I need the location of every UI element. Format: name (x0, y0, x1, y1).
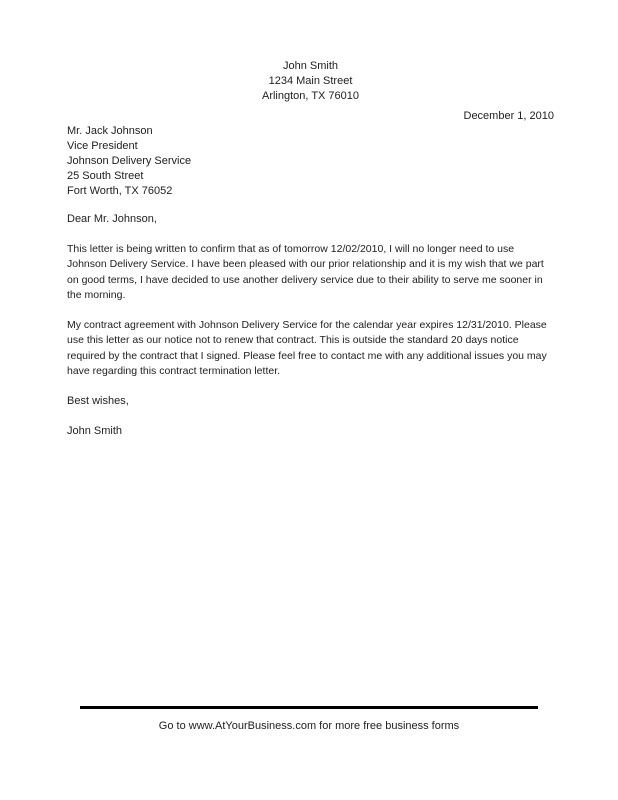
signature-name: John Smith (67, 424, 554, 439)
sender-street: 1234 Main Street (67, 74, 554, 89)
body-paragraph-2: My contract agreement with Johnson Deliv… (67, 318, 554, 379)
letter-date: December 1, 2010 (67, 109, 554, 124)
letter-page: John Smith 1234 Main Street Arlington, T… (0, 0, 618, 800)
letter-content: John Smith 1234 Main Street Arlington, T… (0, 0, 618, 439)
recipient-street: 25 South Street (67, 169, 554, 184)
salutation: Dear Mr. Johnson, (67, 212, 554, 227)
sender-block: John Smith 1234 Main Street Arlington, T… (67, 59, 554, 104)
sender-city-state-zip: Arlington, TX 76010 (67, 89, 554, 104)
closing: Best wishes, (67, 394, 554, 409)
recipient-company: Johnson Delivery Service (67, 154, 554, 169)
sender-name: John Smith (67, 59, 554, 74)
recipient-block: Mr. Jack Johnson Vice President Johnson … (67, 124, 554, 199)
body-paragraph-1: This letter is being written to confirm … (67, 242, 554, 303)
recipient-title: Vice President (67, 139, 554, 154)
footer-text: Go to www.AtYourBusiness.com for more fr… (0, 719, 618, 734)
recipient-city-state-zip: Fort Worth, TX 76052 (67, 184, 554, 199)
footer-divider (80, 706, 538, 709)
recipient-name: Mr. Jack Johnson (67, 124, 554, 139)
